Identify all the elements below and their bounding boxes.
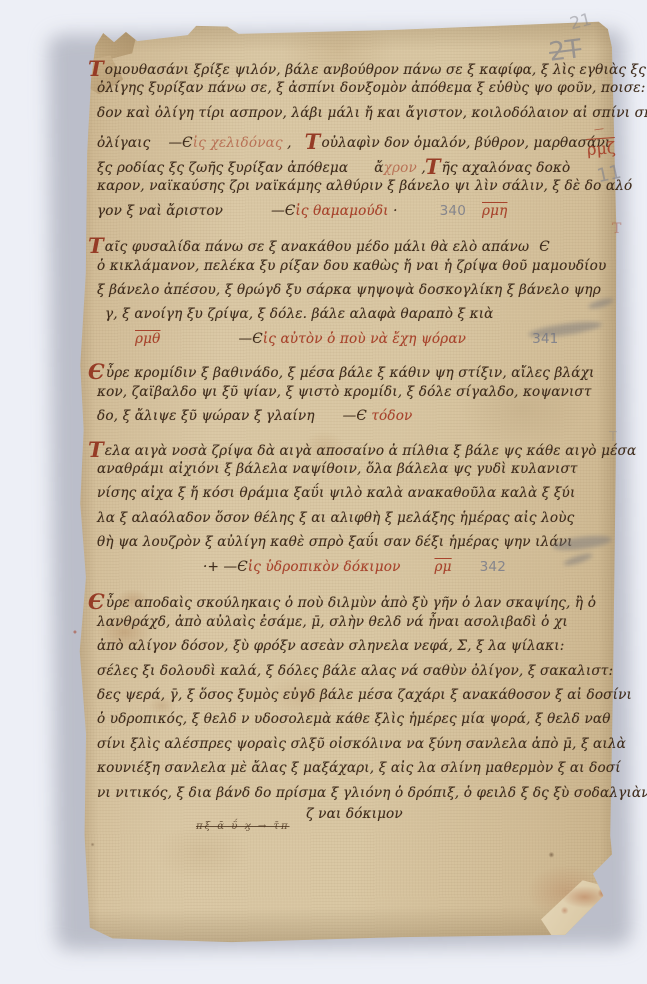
manuscript-text: Τομουθασάνι ξρίξε ψιλόν, βάλε ανβούθρον … xyxy=(97,56,612,831)
manuscript-line: λα ξ αλαόλαδον ὅσον θέλης ξ αι αλιφθὴ ξ … xyxy=(97,510,612,534)
manuscript-line: ξς ροδίας ξς ζωῆς ξυρίξαν ἀπόθεμαἄχρον ,… xyxy=(97,154,612,178)
red-initial-letter: Τ xyxy=(88,437,104,462)
red-initial-letter: Τ xyxy=(425,154,441,179)
manuscript-line: γ, ξ ανοίγη ξυ ζρίψα, ξ δόλε. βάλε αλαφὰ… xyxy=(97,306,612,330)
manuscript-line: ·+ —Єἰς ὑδροπικὸν δόκιμονρμ342 xyxy=(97,559,612,583)
manuscript-line: ὀλίγης ξυρίξαν πάνω σε, ξ ἀσπίνι δονξομὸ… xyxy=(97,80,612,104)
margin-red-dash: — xyxy=(593,123,604,135)
manuscript-line: λανθράχδ, ἀπὸ αὐλαὶς ἐσάμε, μ̄, σλὴν θελ… xyxy=(97,614,612,638)
bleed-mark-lower: Τ xyxy=(609,430,617,445)
red-initial-letter: Τ xyxy=(88,56,104,81)
manuscript-line: σέλες ξι δολουδὶ καλά, ξ δόλες βάλε αλας… xyxy=(97,663,612,687)
ink-text: ἀπὸ αλίγον δόσον, ξὺ φρόξν ασεὰν σληνελα… xyxy=(97,638,564,654)
bleed-mark-upper: Τ xyxy=(612,221,621,237)
manuscript-line: ὁ υδροπικός, ξ θελδ ν υδοσολεμὰ κάθε ξλὶ… xyxy=(97,711,612,735)
red-ink-text: ρμθ xyxy=(135,331,160,347)
red-ink-text: ἰς χελιδόνας xyxy=(193,135,283,151)
pencil-annotation: 340 xyxy=(440,203,466,219)
manuscript-line: καρον, ναϊκαύσης ζρι ναϊκάμης αλθύριν ξ … xyxy=(97,178,612,202)
ink-text: —Є xyxy=(238,331,262,347)
ink-text: δες ψερά, γ̄, ξ ὅσος ξυμὸς εὐγδ βάλε μέσ… xyxy=(97,687,632,703)
ink-text: σίνι ξλὶς αλέσπρες ψοραὶς σλξῦ οἰσκόλινα… xyxy=(97,736,626,752)
ink-text: ῆς αχαλόνας δοκὸ xyxy=(442,160,571,176)
ink-text: νίσης αἰχα ξ ἤ κόσι θράμια ξαΰι ψιλὸ καλ… xyxy=(97,485,575,501)
manuscript-line: ὀλίγαις—Єἰς χελιδόνας ,Τοὐλαφὶν δον ὁμαλ… xyxy=(97,129,612,153)
manuscript-line: Єὖρε κρομίδιν ξ βαθινάδο, ξ μέσα βάλε ξ … xyxy=(97,359,612,383)
red-ink-text: ἰς αὐτὸν ὁ ποὺ νὰ ἔχη ψόραν xyxy=(263,331,466,347)
red-ink-text: ἰς ὑδροπικὸν δόκιμον xyxy=(248,559,401,575)
ink-text: γ, ξ ανοίγη ξυ ζρίψα, ξ δόλε. βάλε αλαφὰ… xyxy=(105,306,494,322)
ink-text: ξ βάνελο ἀπέσου, ξ θρώγδ ξυ σάρκα ψηψοψὰ… xyxy=(97,282,601,298)
illegible-scribble: πξ ᾱ ΰ ϗ → τ̄π xyxy=(196,821,290,832)
ink-text: νι νιτικός, ξ δια βάνδ δο πρίσμα ξ γλιόν… xyxy=(97,785,647,801)
manuscript-line: δον καὶ ὀλίγη τίρι ασπρον, λάβι μάλι ἤ κ… xyxy=(97,105,612,129)
ink-text: κον, ζαϊβαλδο ψι ξῦ ψίαν, ξ ψιστὸ κρομίδ… xyxy=(97,384,592,400)
red-initial-letter: Τ xyxy=(305,129,321,154)
manuscript-line: Єὖρε αποδαὶς σκούληκαις ὁ ποὺ διλμὺν ἀπὸ… xyxy=(97,589,612,613)
red-ink-text: ρμ xyxy=(434,559,451,575)
ink-text: θὴ ψα λουζρὸν ξ αὐλίγη καθὲ σπρὸ ξαΰι σα… xyxy=(97,534,573,550)
margin-number-rmz: ρμζ xyxy=(586,138,616,159)
ink-text: γον ξ ναὶ ἄριστον xyxy=(97,203,223,219)
ink-text: —Є xyxy=(223,559,247,575)
ink-text: δο, ξ ἄλιψε ξῦ ψώραν ξ γλαίνη xyxy=(97,408,315,424)
manuscript-line: θὴ ψα λουζρὸν ξ αὐλίγη καθὲ σπρὸ ξαΰι σα… xyxy=(97,534,612,558)
red-initial-letter: Є xyxy=(88,359,105,384)
ink-text: ὀλίγαις xyxy=(97,135,150,151)
ink-text: ὖρε αποδαὶς σκούληκαις ὁ ποὺ διλμὺν ἀπὸ … xyxy=(106,595,596,611)
pencil-annotation: 342 xyxy=(480,559,506,575)
manuscript-line: κον, ζαϊβαλδο ψι ξῦ ψίαν, ξ ψιστὸ κρομίδ… xyxy=(97,384,612,408)
red-ink-text: ἰς θαμαμούδι xyxy=(295,203,388,219)
manuscript-line: σίνι ξλὶς αλέσπρες ψοραὶς σλξῦ οἰσκόλινα… xyxy=(97,736,612,760)
manuscript-line: Τελα αιγὰ νοσὰ ζρίψα δὰ αιγὰ αποσαίνο ἀ … xyxy=(97,437,612,461)
ink-text: , xyxy=(283,135,292,151)
manuscript-line: δες ψερά, γ̄, ξ ὅσος ξυμὸς εὐγδ βάλε μέσ… xyxy=(97,687,612,711)
ink-text: —Є xyxy=(168,135,192,151)
ink-text: αῖς φυσαλίδα πάνω σε ξ ανακάθου μέδο μάλ… xyxy=(105,239,529,255)
ink-text: αναθράμι αἰχιόνι ξ βάλελα ναψίθοιν, ὅλα … xyxy=(97,461,578,477)
manuscript-line: νίσης αἰχα ξ ἤ κόσι θράμια ξαΰι ψιλὸ καλ… xyxy=(97,485,612,509)
manuscript-line: Ταῖς φυσαλίδα πάνω σε ξ ανακάθου μέδο μά… xyxy=(97,233,612,257)
ink-text: —Є xyxy=(343,408,367,424)
manuscript-line: Τομουθασάνι ξρίξε ψιλόν, βάλε ανβούθρον … xyxy=(97,56,612,80)
photo-stage: Τομουθασάνι ξρίξε ψιλόν, βάλε ανβούθρον … xyxy=(0,0,647,984)
ink-text: ελα αιγὰ νοσὰ ζρίψα δὰ αιγὰ αποσαίνο ἀ π… xyxy=(105,443,637,459)
ink-text: ·+ xyxy=(203,559,223,575)
ink-text: οὐλαφὶν δον ὁμαλόν, βύθρον, μαρθασάνι xyxy=(321,135,610,151)
ink-text: λα ξ αλαόλαδον ὅσον θέλης ξ αι αλιφθὴ ξ … xyxy=(97,510,574,526)
ink-text: ζ ναι δόκιμον xyxy=(306,806,403,822)
ink-text: · xyxy=(389,203,398,219)
folio-number-crossed: 2Τ xyxy=(547,34,583,68)
manuscript-line: ὁ κικλάμανον, πελέκα ξυ ρίξαν δου καθὼς … xyxy=(97,258,612,282)
red-initial-letter: Τ xyxy=(88,233,104,258)
manuscript-line: ζ ναι δόκιμον xyxy=(97,806,612,830)
red-ink-text: χρον xyxy=(384,160,417,176)
ink-text: Є xyxy=(539,239,550,255)
ink-text: ἄ xyxy=(374,160,383,176)
red-ink-text: ρμη xyxy=(482,203,507,219)
margin-red-dot: • xyxy=(72,628,78,639)
ink-text: —Є xyxy=(271,203,295,219)
red-ink-text: τόδον xyxy=(367,408,413,424)
manuscript-line: ἀπὸ αλίγον δόσον, ξὺ φρόξν ασεὰν σληνελα… xyxy=(97,638,612,662)
manuscript-line: κουνιέξη σανλελα μὲ ἄλας ξ μαξάχαρι, ξ α… xyxy=(97,760,612,784)
ink-text: ὁ υδροπικός, ξ θελδ ν υδοσολεμὰ κάθε ξλὶ… xyxy=(97,711,611,727)
manuscript-line: δο, ξ ἄλιψε ξῦ ψώραν ξ γλαίνη—Є τόδον xyxy=(97,408,612,432)
ink-text: δον καὶ ὀλίγη τίρι ασπρον, λάβι μάλι ἤ κ… xyxy=(97,105,647,121)
ink-text: ὖρε κρομίδιν ξ βαθινάδο, ξ μέσα βάλε ξ κ… xyxy=(106,365,595,381)
ink-text: λανθράχδ, ἀπὸ αὐλαὶς ἐσάμε, μ̄, σλὴν θελ… xyxy=(97,614,568,630)
manuscript-line: αναθράμι αἰχιόνι ξ βάλελα ναψίθοιν, ὅλα … xyxy=(97,461,612,485)
ink-text: σέλες ξι δολουδὶ καλά, ξ δόλες βάλε αλας… xyxy=(97,663,613,679)
manuscript-line: ξ βάνελο ἀπέσου, ξ θρώγδ ξυ σάρκα ψηψοψὰ… xyxy=(97,282,612,306)
red-initial-letter: Є xyxy=(88,589,105,614)
ink-text: κουνιέξη σανλελα μὲ ἄλας ξ μαξάχαρι, ξ α… xyxy=(97,760,621,776)
ink-text: καρον, ναϊκαύσης ζρι ναϊκάμης αλθύριν ξ … xyxy=(97,178,632,194)
ink-text: ὁ κικλάμανον, πελέκα ξυ ρίξαν δου καθὼς … xyxy=(97,258,606,274)
ink-text: ξς ροδίας ξς ζωῆς ξυρίξαν ἀπόθεμα xyxy=(97,160,348,176)
manuscript-line: γον ξ ναὶ ἄριστον—Єἰς θαμαμούδι ·340ρμη xyxy=(97,203,612,227)
ink-text: ὀλίγης ξυρίξαν πάνω σε, ξ ἀσπίνι δονξομὸ… xyxy=(97,80,645,96)
